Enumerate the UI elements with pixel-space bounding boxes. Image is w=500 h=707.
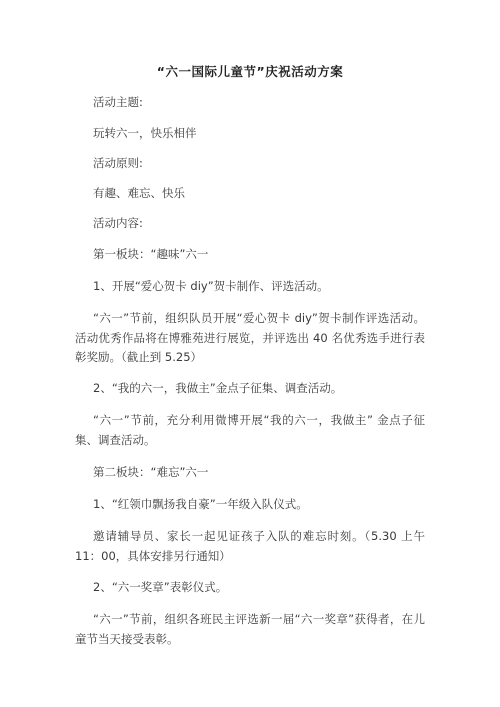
principle-value: 有趣、难忘、快乐 [93, 184, 425, 204]
item-heading-2-2: 2、“六一奖章”表彰仪式。 [93, 578, 425, 598]
item-heading-1-2: 2、“我的六一，我做主”金点子征集、调查活动。 [93, 379, 425, 399]
section-heading-2: 第二板块：“难忘”六一 [93, 463, 425, 483]
section-heading-1: 第一板块：“趣味”六一 [93, 245, 425, 265]
label-principle: 活动原则: [93, 154, 425, 174]
document-page: “六一国际儿童节”庆祝活动方案 活动主题: 玩转六一，快乐相伴 活动原则: 有趣… [0, 0, 500, 707]
item-body-1-1: “六一”节前，组织队员开展“爱心贺卡 diy”贺卡制作评选活动。活动优秀作品将在… [75, 309, 425, 368]
item-body-1-2: “六一”节前，充分利用微博开展“我的六一，我做主” 金点子征集、调查活动。 [75, 411, 425, 450]
label-content: 活动内容: [93, 214, 425, 234]
label-theme: 活动主题: [93, 93, 425, 113]
item-body-2-1: 邀请辅导员、家长一起见证孩子入队的难忘时刻。（5.30 上午 11：00，具体安… [75, 527, 425, 566]
item-body-2-2: “六一”节前，组织各班民主评选新一届“六一奖章”获得者，在儿童节当天接受表彰。 [75, 610, 425, 649]
theme-value: 玩转六一，快乐相伴 [93, 124, 425, 144]
document-title: “六一国际儿童节”庆祝活动方案 [0, 62, 500, 80]
item-heading-2-1: 1、“红领巾飘扬我自豪”一年级入队仪式。 [93, 495, 425, 515]
item-heading-1-1: 1、开展“爱心贺卡 diy”贺卡制作、评选活动。 [93, 277, 425, 297]
